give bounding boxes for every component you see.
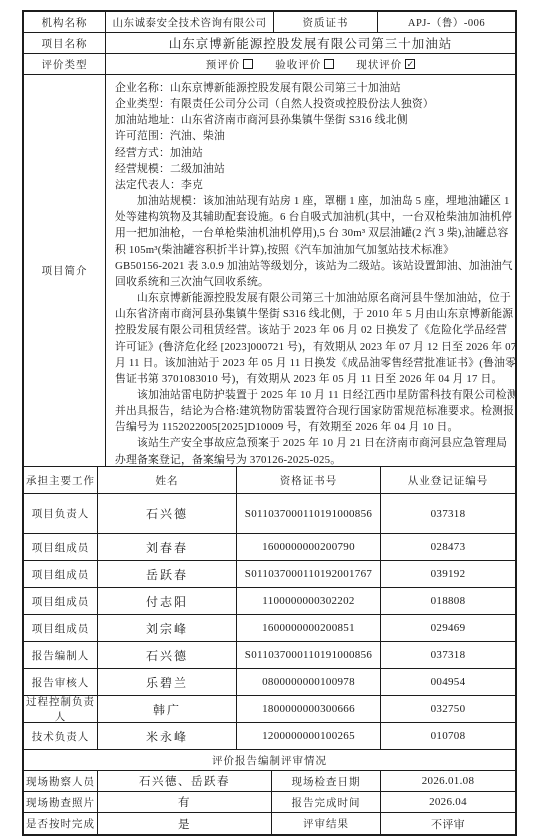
intro-line: 山东省济南市商河县孙集镇牛堡街 S316 线北侧，于 2010 年 5 月由山东… (115, 306, 510, 322)
intro-line: 该站生产安全事故应急预案于 2025 年 10 月 21 日在济南市商河县应急管… (115, 435, 510, 451)
intro-line: 并出具报告，结论为合格:建筑物防雷装置符合现行国家防雷规范标准要求。检测报 (115, 403, 510, 419)
review-row: 是否按时完成是评审结果不评审 (24, 813, 515, 834)
project-intro-label: 项目简介 (24, 75, 106, 466)
eval-option: 验收评价 (275, 57, 334, 72)
staff-header-name: 姓名 (98, 467, 237, 493)
staff-cert-number: S011037000110191000856 (237, 494, 381, 533)
staff-cert-number: 0800000000100978 (237, 669, 381, 695)
review-label-right: 报告完成时间 (272, 792, 381, 812)
intro-line: 月 11 日。该加油站于 2023 年 05 月 11 日换发《成品油零售经营批… (115, 355, 510, 371)
staff-table: 承担主要工作 姓名 资格证书号 从业登记证编号 项目负责人石兴德S0110370… (24, 467, 515, 750)
review-value-left: 是 (98, 813, 272, 834)
staff-row: 技术负责人米永峰1200000000100265010708 (24, 723, 515, 750)
review-row: 现场勘查照片有报告完成时间2026.04 (24, 792, 515, 813)
org-name-label: 机构名称 (24, 12, 106, 32)
staff-reg-number: 004954 (381, 669, 515, 695)
staff-name: 米永峰 (98, 723, 237, 749)
staff-row: 过程控制负责人韩广1800000000300666032750 (24, 696, 515, 723)
staff-cert-number: 1200000000100265 (237, 723, 381, 749)
project-name-label: 项目名称 (24, 33, 106, 53)
intro-line: 经营方式：加油站 (115, 145, 510, 161)
staff-cert-number: 1800000000300666 (237, 696, 381, 722)
staff-reg-number: 039192 (381, 561, 515, 587)
review-row: 现场勘察人员石兴德、岳跃春现场检查日期2026.01.08 (24, 771, 515, 792)
review-section: 评价报告编制评审情况 现场勘察人员石兴德、岳跃春现场检查日期2026.01.08… (24, 750, 515, 834)
eval-option-label: 验收评价 (275, 57, 321, 72)
staff-reg-number: 028473 (381, 534, 515, 560)
review-value-left: 有 (98, 792, 272, 812)
intro-line: 企业类型：有限责任公司分公司（自然人投资或控股份法人独资） (115, 96, 510, 112)
staff-role: 项目组成员 (24, 534, 98, 560)
intro-line: 告编号为 1152022005[2025]D10009 号，有效期至 2026 … (115, 419, 510, 435)
staff-role: 报告审核人 (24, 669, 98, 695)
intro-line: 法定代表人：李克 (115, 177, 510, 193)
eval-options: 预评价验收评价现状评价✓ (206, 57, 416, 72)
staff-cert-number: S011037000110191000856 (237, 642, 381, 668)
intro-line: 许可范围：汽油、柴油 (115, 128, 510, 144)
staff-row: 项目组成员岳跃春S011037000110192001767039192 (24, 561, 515, 588)
project-intro-row: 项目简介 企业名称：山东京博新能源控股发展有限公司第三十加油站企业类型：有限责任… (24, 75, 515, 467)
checkbox-empty-icon (243, 59, 253, 69)
staff-reg-number: 032750 (381, 696, 515, 722)
staff-cert-number: 1600000000200851 (237, 615, 381, 641)
review-label-left: 现场勘察人员 (24, 771, 98, 791)
eval-option-label: 现状评价 (356, 57, 402, 72)
intro-line: 许可证》(鲁济危化经 [2023]000721 号)，有效期从 2023 年 0… (115, 339, 510, 355)
review-section-title: 评价报告编制评审情况 (24, 750, 515, 771)
staff-name: 刘宗峰 (98, 615, 237, 641)
project-row: 项目名称 山东京博新能源控股发展有限公司第三十加油站 (24, 33, 515, 54)
staff-row: 项目负责人石兴德S011037000110191000856037318 (24, 494, 515, 534)
org-row: 机构名称 山东诚泰安全技术咨询有限公司 资质证书 APJ-（鲁）-006 (24, 12, 515, 33)
cert-number-value: APJ-（鲁）-006 (378, 12, 515, 32)
staff-role: 项目负责人 (24, 494, 98, 533)
staff-row: 报告审核人乐碧兰0800000000100978004954 (24, 669, 515, 696)
eval-type-value: 预评价验收评价现状评价✓ (106, 54, 515, 74)
staff-row: 项目组成员刘宗峰1600000000200851029469 (24, 615, 515, 642)
eval-option: 预评价 (206, 57, 254, 72)
staff-header-cert: 资格证书号 (237, 467, 381, 493)
staff-role: 报告编制人 (24, 642, 98, 668)
staff-row: 项目组成员刘春春1600000000200790028473 (24, 534, 515, 561)
staff-cert-number: 1600000000200790 (237, 534, 381, 560)
staff-role: 项目组成员 (24, 615, 98, 641)
intro-line: 办理备案登记，备案编号为 370126-2025-025。 (115, 452, 510, 466)
document-page: 机构名称 山东诚泰安全技术咨询有限公司 资质证书 APJ-（鲁）-006 项目名… (0, 0, 551, 837)
intro-line: 该加油站雷电防护装置于 2025 年 10 月 11 日经江西巾星防雷科技有限公… (115, 387, 510, 403)
eval-option-label: 预评价 (206, 57, 241, 72)
review-rows: 现场勘察人员石兴德、岳跃春现场检查日期2026.01.08现场勘查照片有报告完成… (24, 771, 515, 834)
staff-name: 石兴德 (98, 642, 237, 668)
staff-role: 技术负责人 (24, 723, 98, 749)
intro-text: 企业名称：山东京博新能源控股发展有限公司第三十加油站企业类型：有限责任公司分公司… (106, 75, 515, 466)
intro-line: 处等建构筑物及其辅助配套设施。6 台自吸式加油机(其中，一台双枪柴油加油机停 (115, 209, 510, 225)
staff-header-reg: 从业登记证编号 (381, 467, 515, 493)
intro-line: 山东京博新能源控股发展有限公司第三十加油站原名商河县牛堡加油站，位于 (115, 290, 510, 306)
review-label-right: 评审结果 (272, 813, 381, 834)
staff-name: 岳跃春 (98, 561, 237, 587)
intro-line: 经营规模：二级加油站 (115, 161, 510, 177)
intro-line: 企业名称：山东京博新能源控股发展有限公司第三十加油站 (115, 80, 510, 96)
review-label-right: 现场检查日期 (272, 771, 381, 791)
intro-line: 控股发展有限公司租赁经营。该站于 2023 年 06 月 02 日换发了《危险化… (115, 322, 510, 338)
staff-reg-number: 037318 (381, 494, 515, 533)
staff-role: 过程控制负责人 (24, 696, 98, 722)
review-label-left: 现场勘查照片 (24, 792, 98, 812)
staff-row: 项目组成员付志阳1100000000302202018808 (24, 588, 515, 615)
checkbox-empty-icon (324, 59, 334, 69)
project-name-value: 山东京博新能源控股发展有限公司第三十加油站 (106, 33, 515, 53)
review-label-left: 是否按时完成 (24, 813, 98, 834)
cert-label: 资质证书 (274, 12, 378, 32)
eval-type-label: 评价类型 (24, 54, 106, 74)
intro-line: 积 105m³(柴油罐容积折半计算),按照《汽车加油加气加氢站技术标准》 (115, 242, 510, 258)
intro-line: GB50156-2021 表 3.0.9 加油站等级划分，该站为二级站。该站设置… (115, 258, 510, 274)
staff-reg-number: 029469 (381, 615, 515, 641)
review-value-right: 2026.01.08 (381, 771, 515, 791)
checkbox-checked-icon: ✓ (405, 59, 415, 69)
staff-rows: 项目负责人石兴德S011037000110191000856037318项目组成… (24, 494, 515, 750)
staff-name: 石兴德 (98, 494, 237, 533)
staff-row: 报告编制人石兴德S011037000110191000856037318 (24, 642, 515, 669)
staff-cert-number: 1100000000302202 (237, 588, 381, 614)
intro-line: 用一把加油枪，一台单枪柴油机油机停用),5 台 30m³ 双层油罐(2 汽 3 … (115, 225, 510, 241)
review-value-left: 石兴德、岳跃春 (98, 771, 272, 791)
staff-reg-number: 010708 (381, 723, 515, 749)
staff-reg-number: 037318 (381, 642, 515, 668)
evaluation-form-table: 机构名称 山东诚泰安全技术咨询有限公司 资质证书 APJ-（鲁）-006 项目名… (22, 10, 517, 836)
intro-line: 加油站规模：该加油站现有站房 1 座，罩棚 1 座，加油岛 5 座，埋地油罐区 … (115, 193, 510, 209)
eval-option: 现状评价✓ (356, 57, 415, 72)
intro-line: 售证书第 3701083010 号)，有效期从 2023 年 05 月 11 日… (115, 371, 510, 387)
staff-cert-number: S011037000110192001767 (237, 561, 381, 587)
staff-header-role: 承担主要工作 (24, 467, 98, 493)
eval-type-row: 评价类型 预评价验收评价现状评价✓ (24, 54, 515, 75)
staff-reg-number: 018808 (381, 588, 515, 614)
staff-name: 刘春春 (98, 534, 237, 560)
intro-line: 加油站地址：山东省济南市商河县孙集镇牛堡街 S316 线北侧 (115, 112, 510, 128)
staff-role: 项目组成员 (24, 561, 98, 587)
review-value-right: 不评审 (381, 813, 515, 834)
staff-name: 韩广 (98, 696, 237, 722)
staff-role: 项目组成员 (24, 588, 98, 614)
staff-name: 乐碧兰 (98, 669, 237, 695)
staff-header-row: 承担主要工作 姓名 资格证书号 从业登记证编号 (24, 467, 515, 494)
org-name-value: 山东诚泰安全技术咨询有限公司 (106, 12, 274, 32)
review-value-right: 2026.04 (381, 792, 515, 812)
staff-name: 付志阳 (98, 588, 237, 614)
intro-line: 回收系统和三次油气回收系统。 (115, 274, 510, 290)
